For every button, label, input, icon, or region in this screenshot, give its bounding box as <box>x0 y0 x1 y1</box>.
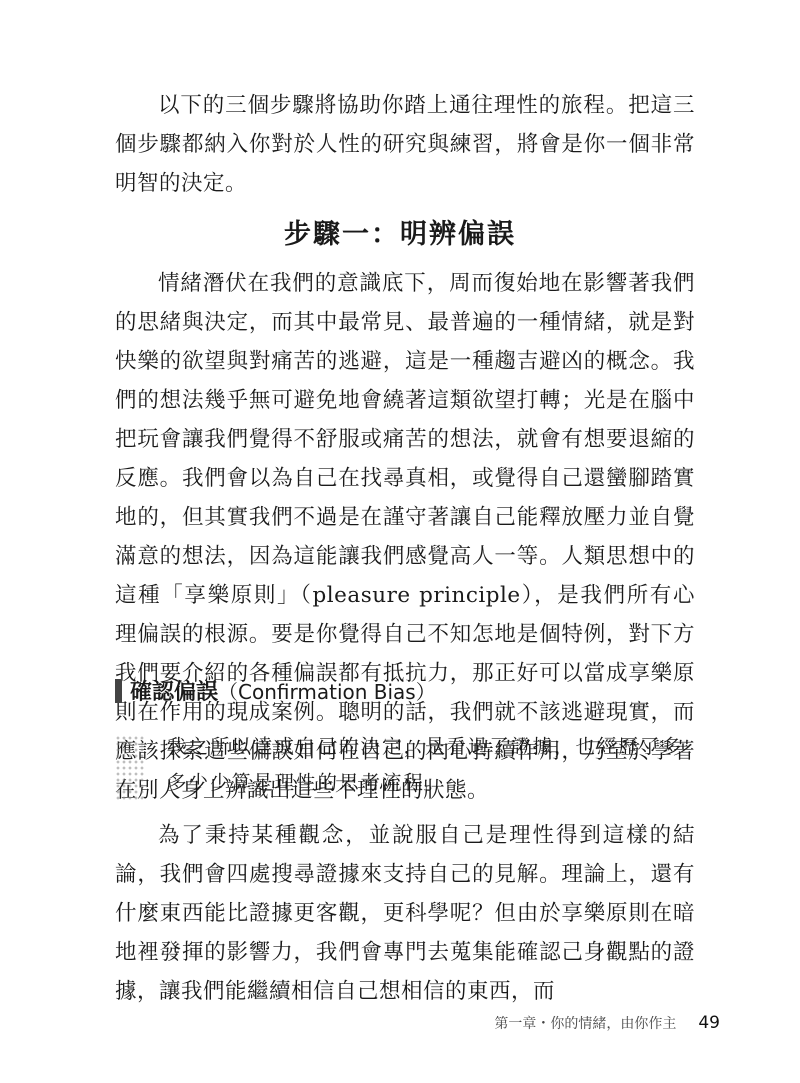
page-number: 49 <box>698 1013 720 1033</box>
subsection-title-en: （Confirmation Bias） <box>218 676 436 705</box>
intro-paragraph: 以下的三個步驟將協助你踏上通往理性的旅程。把這三個步驟都納入你對於人性的研究與練… <box>115 86 695 203</box>
page-footer: 第一章・你的情緒，由你作主 49 <box>494 1013 720 1033</box>
subsection-heading: 確認偏誤 （Confirmation Bias） <box>115 675 436 706</box>
quote-pattern-icon <box>115 735 145 800</box>
subsection-title-zh: 確認偏誤 <box>130 675 218 706</box>
heading-bar-icon <box>115 679 122 703</box>
body-paragraph-2: 為了秉持某種觀念，並說服自己是理性得到這樣的結論，我們會四處搜尋證據來支持自己的… <box>115 816 695 1011</box>
running-footer-chapter: 第一章・你的情緒，由你作主 <box>494 1013 676 1033</box>
section-heading: 步驟一：明辨偏誤 <box>0 212 800 251</box>
book-page: 以下的三個步驟將協助你踏上通往理性的旅程。把這三個步驟都納入你對於人性的研究與練… <box>0 0 800 1083</box>
quote-block: 我之所以達成自己的決定，是看過了證據，也經歷了多多少少算是理性的思考流程。 <box>115 735 695 801</box>
quote-text: 我之所以達成自己的決定，是看過了證據，也經歷了多多少少算是理性的思考流程。 <box>167 729 687 801</box>
